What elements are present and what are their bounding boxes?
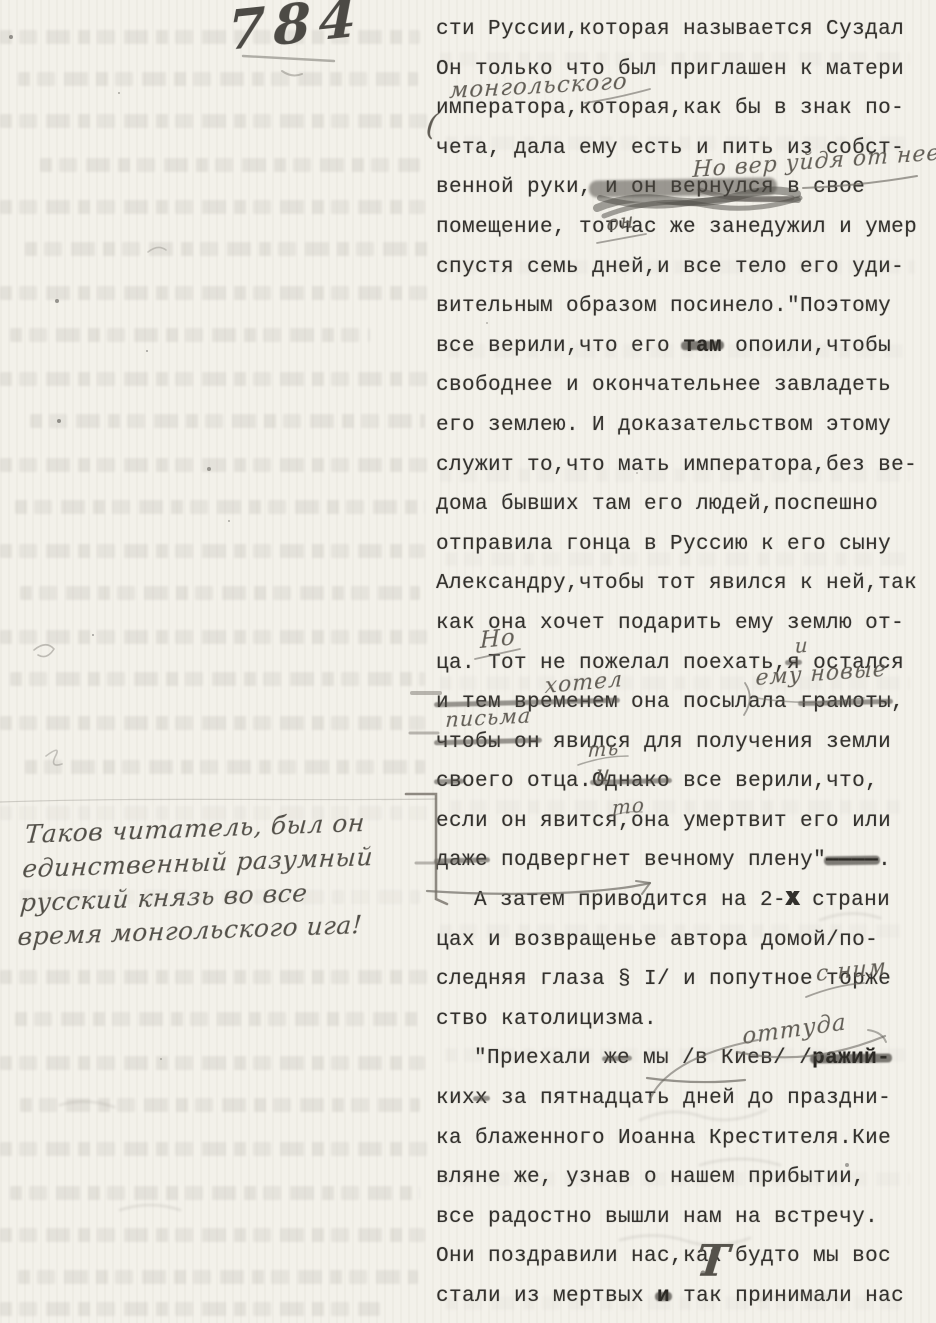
bleedthrough-line <box>0 1142 430 1156</box>
typed-line: ца. Тот не пожелал поехать,я остался <box>436 644 932 684</box>
bleedthrough-line <box>0 458 430 472</box>
bleedthrough-line <box>0 114 430 128</box>
bleedthrough-line <box>18 72 418 86</box>
typed-line: А затем приводится на 2-Х страни <box>436 881 932 921</box>
bleedthrough-line <box>30 414 425 428</box>
pagenum-underline <box>243 56 334 61</box>
typed-line: венной руки, и он вернулся в свое <box>436 168 932 208</box>
bleedthrough-line <box>20 586 420 600</box>
typed-line: Они поздравили нас,как будто мы вос <box>436 1237 932 1277</box>
bleedthrough-line <box>0 544 425 558</box>
bleedthrough-line <box>20 1098 420 1112</box>
typed-line: ство католицизма. <box>436 1000 932 1040</box>
bleedthrough-line <box>25 242 430 256</box>
typed-line: помещение, тотчас же занедужил и умер <box>436 208 932 248</box>
typed-line: отправила гонца в Руссию к его сыну <box>436 525 932 565</box>
typed-line: его землею. И доказательством этому <box>436 406 932 446</box>
typed-line: все верили,что его там опоили,чтобы <box>436 327 932 367</box>
typed-line: чета, дала ему есть и пить из собст- <box>436 129 932 169</box>
typed-line: даже подвергнет вечному плену"————. <box>436 841 932 881</box>
bleedthrough-line <box>0 200 425 214</box>
bleedthrough-line <box>20 890 420 904</box>
bleedthrough-line <box>10 672 425 686</box>
bleedthrough-line <box>0 1056 425 1070</box>
typed-line: спустя семь дней,и все тело его уди- <box>436 248 932 288</box>
typed-line: дома бывших там его людей,поспешно <box>436 485 932 525</box>
paper-crease <box>0 799 436 802</box>
bleedthrough-line <box>40 158 420 172</box>
paper-specks <box>0 0 2 2</box>
bleedthrough-line <box>25 760 425 774</box>
bleedthrough-line <box>0 1302 380 1316</box>
typed-line: цах и возвращенье автора домой/по- <box>436 921 932 961</box>
typed-line: все радостно вышли нам на встречу. <box>436 1198 932 1238</box>
bleedthrough-line <box>10 1186 420 1200</box>
typed-line: Александру,чтобы тот явился к ней,так <box>436 564 932 604</box>
typed-line: вительным образом посинело."Поэтому <box>436 287 932 327</box>
typed-line: сти Руссии,которая называется Суздал <box>436 10 932 50</box>
typed-line: ка блаженного Иоанна Крестителя.Кие <box>436 1119 932 1159</box>
bleedthrough-line <box>0 30 420 44</box>
bleedthrough-line <box>0 806 430 820</box>
bleedthrough-line <box>0 970 430 984</box>
typed-line: и тем временем она посылала грамоты, <box>436 683 932 723</box>
bleedthrough-line <box>0 372 428 386</box>
margin-note: Таков читатель, был он единственный разу… <box>16 806 376 955</box>
bleedthrough-line <box>15 500 425 514</box>
typed-line: стали из мертвых и так принимали нас <box>436 1277 932 1317</box>
typed-line: как она хочет подарить ему землю от- <box>436 604 932 644</box>
typed-line: чтобы он явился для получения земли <box>436 723 932 763</box>
typed-text: сти Руссии,которая называется СуздалОн т… <box>436 10 932 1317</box>
typed-line: если он явится,она умертвит его или <box>436 802 932 842</box>
typed-line: "Приехали же мы /в Киев/ /ражий- <box>436 1039 932 1079</box>
bleedthrough-line <box>15 1012 420 1026</box>
typed-line: Он только что был приглашен к матери <box>436 50 932 90</box>
bleedthrough-line <box>0 716 425 730</box>
typed-line: свободнее и окончательнее завладеть <box>436 366 932 406</box>
bleedthrough-line <box>0 1228 425 1242</box>
bleedthrough-line <box>0 286 430 300</box>
manuscript-page-scan: сти Руссии,которая называется СуздалОн т… <box>0 0 936 1323</box>
typed-line: служит то,что мать императора,без ве- <box>436 446 932 486</box>
typed-line: кихх за пятнадцать дней до праздни- <box>436 1079 932 1119</box>
typed-line: императора,которая,как бы в знак по- <box>436 89 932 129</box>
bleedthrough-line <box>0 630 430 644</box>
typed-line: своего отца.Однако все верили,что, <box>436 762 932 802</box>
typed-line: следняя глаза § I/ и попутное торже <box>436 960 932 1000</box>
bleedthrough-line <box>18 1270 418 1284</box>
bleedthrough-line <box>10 328 370 342</box>
typed-line: вляне же, узнав о нашем прибытии, <box>436 1158 932 1198</box>
